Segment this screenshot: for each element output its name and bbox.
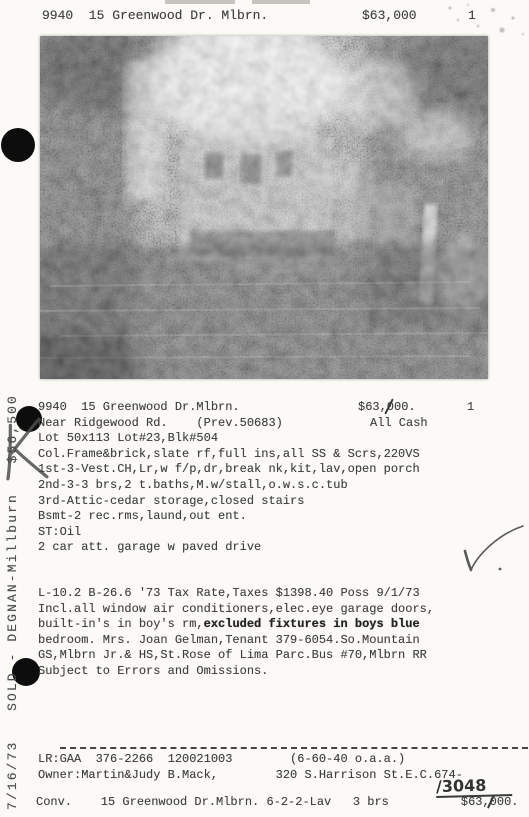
scan-edge-mark	[252, 0, 310, 4]
handwritten-checkmark	[455, 522, 529, 576]
listing-line-2: Near Ridgewood Rd. (Prev.50683) All Cash	[38, 416, 529, 432]
remarks-inclusions-line: Incl.all window air conditioners,elec.ey…	[38, 602, 529, 618]
scan-edge-mark	[165, 0, 235, 4]
dashed-divider	[60, 747, 528, 749]
remarks-tax-line: L-10.2 B-26.6 '73 Tax Rate,Taxes $1398.4…	[38, 586, 529, 602]
footer-lr-line: LR:GAA 376-2266 120021003 (6-60-40 o.a.a…	[38, 752, 529, 768]
listing-location: Near Ridgewood Rd. (Prev.50683)	[38, 416, 283, 432]
header-line: 9940 15 Greenwood Dr. Mlbrn. $63,000 1	[0, 8, 529, 26]
listing-lot-line: Lot 50x113 Lot#23,Blk#504	[38, 431, 529, 447]
side-sold-stamp: 7/16/73 SOLD - DEGNAN-Millburn $56,500	[5, 382, 27, 817]
remarks-exclusions-line: built-in's in boy's rm,excluded fixtures…	[38, 617, 529, 633]
house-photo-image	[40, 36, 488, 379]
listing-first-floor-line: 1st-3-Vest.CH,Lr,w f/p,dr,break nk,kit,l…	[38, 462, 529, 478]
footer-conv-line: Conv. 15 Greenwood Dr.Mlbrn. 6-2-2-Lav 3…	[36, 795, 518, 811]
remarks-tenant-line: bedroom. Mrs. Joan Gelman,Tenant 379-605…	[38, 633, 529, 649]
listing-page-number: 1	[467, 400, 474, 416]
remarks-exclusions-bold: excluded fixtures in boys blue	[204, 617, 420, 631]
listing-construction-line: Col.Frame&brick,slate rf,full ins,all SS…	[38, 447, 529, 463]
listing-second-floor-line: 2nd-3-3 brs,2 t.baths,M.w/stall,o.w.s.c.…	[38, 478, 529, 494]
house-photo	[40, 36, 488, 379]
header-price: $63,000	[362, 8, 417, 24]
remarks-block: L-10.2 B-26.6 '73 Tax Rate,Taxes $1398.4…	[38, 586, 529, 680]
header-mls-address: 9940 15 Greenwood Dr. Mlbrn.	[42, 8, 268, 24]
header-page-number: 1	[468, 8, 476, 24]
scanned-mls-listing-card: { "colors": {"paper": "#fbfaf7", "ink": …	[0, 0, 529, 817]
remarks-schools-line: GS,Mlbrn Jr.& HS,St.Rose of Lima Parc.Bu…	[38, 648, 529, 664]
listing-terms: All Cash	[370, 416, 428, 432]
punch-hole	[1, 128, 35, 162]
listing-mls-address: 9940 15 Greenwood Dr.Mlbrn.	[38, 400, 240, 416]
listing-line-1: 9940 15 Greenwood Dr.Mlbrn. $63,000. 1	[38, 400, 529, 416]
listing-third-floor-line: 3rd-Attic-cedar storage,closed stairs	[38, 494, 529, 510]
remarks-exclusions-normal: built-in's in boy's rm,	[38, 617, 204, 631]
remarks-disclaimer-line: Subject to Errors and Omissions.	[38, 664, 529, 680]
